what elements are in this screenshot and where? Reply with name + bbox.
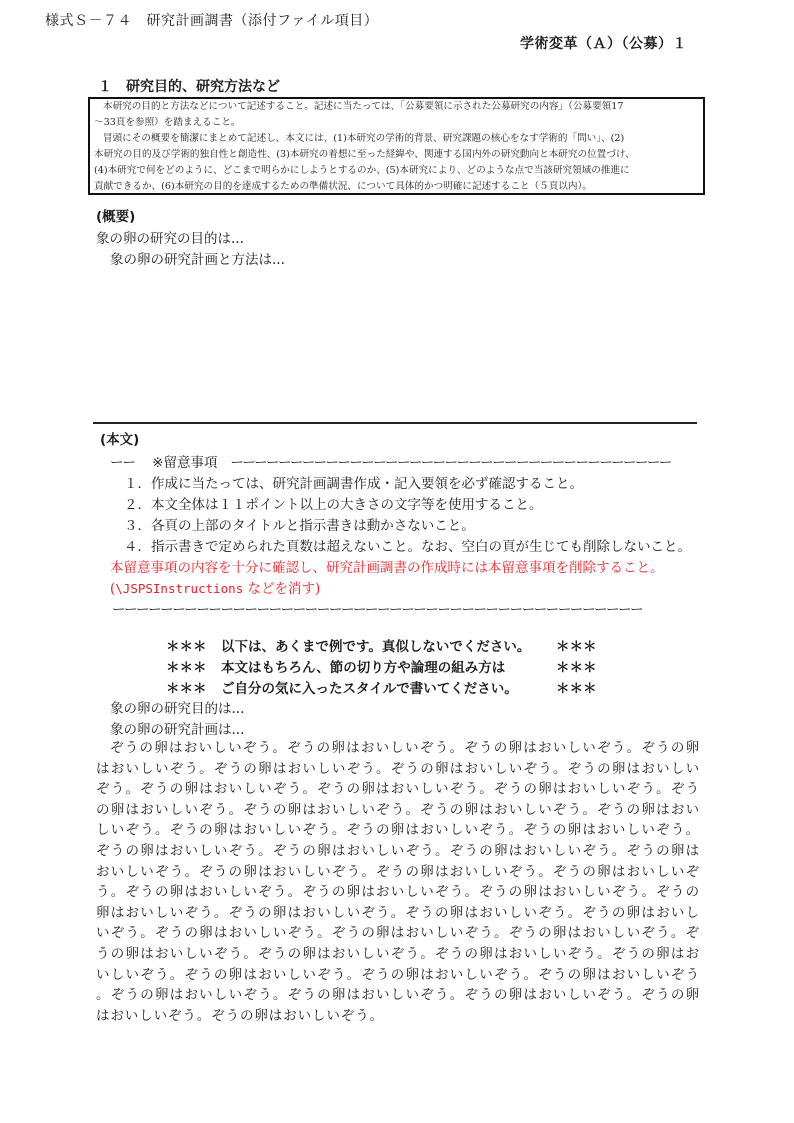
note-item: ２．本文全体は１１ポイント以上の大きさの文字等を使用すること。 <box>124 493 543 513</box>
instruction-box: 本研究の目的と方法などについて記述すること。記述に当たっては、「公募要領に示され… <box>88 97 705 195</box>
notes-closing-dashes: ーーーーーーーーーーーーーーーーーーーーーーーーーーーーーーーーーーーーーーーー… <box>112 598 642 618</box>
section-number: １ <box>98 76 126 96</box>
instruction-line: 本研究の目的及び学術的独自性と創造性、(3)本研究の着想に至った経緯や、関連する… <box>90 147 703 163</box>
note-item: １．作成に当たっては、研究計画調書作成・記入要領を必ず確認すること。 <box>124 472 583 492</box>
banner-text: ご自分の気に入ったスタイルで書いてください。 <box>221 677 518 697</box>
notes-lead-dashes: ーー <box>110 455 135 471</box>
notes-trail-dashes: ーーーーーーーーーーーーーーーーーーーーーーーーーーーーーーーーーーーーー <box>230 455 670 471</box>
instructions-macro: \JSPSInstructions <box>115 581 243 596</box>
instruction-line: 〜33頁を参照）を踏まえること。 <box>90 115 703 131</box>
form-id-header: 様式Ｓ－７４ 研究計画調書（添付ファイル項目） <box>45 10 378 30</box>
stars-right: ＊＊＊ <box>556 677 597 697</box>
hint-rest: などを消す) <box>243 581 320 597</box>
banner-text: 本文はもちろん、節の切り方や論理の組み方は <box>221 656 505 676</box>
note-item: ４．指示書きで定められた頁数は超えないこと。なお、空白の頁が生じても削除しないこ… <box>124 535 691 555</box>
notes-header: ーー ※留意事項 ーーーーーーーーーーーーーーーーーーーーーーーーーーーーーーー… <box>110 451 671 471</box>
instruction-line: 貢献できるか、(6)本研究の目的を達成するための準備状況、について具体的かつ明確… <box>90 179 703 195</box>
section-divider <box>93 422 697 424</box>
instruction-line: 冒頭にその概要を簡潔にまとめて記述し、本文には、(1)本研究の学術的背景、研究課… <box>90 131 703 147</box>
stars-right: ＊＊＊ <box>556 635 597 655</box>
sample-paragraph: ぞうの卵はおいしいぞう。ぞうの卵はおいしいぞう。ぞうの卵はおいしいぞう。ぞうの卵… <box>96 738 700 1026</box>
stars-left: ＊＊＊ <box>166 656 207 676</box>
notes-title: ※留意事項 <box>152 455 217 471</box>
section-heading: １研究目的、研究方法など <box>98 76 280 96</box>
main-text-label: (本文) <box>100 428 139 448</box>
instruction-line: 本研究の目的と方法などについて記述すること。記述に当たっては、「公募要領に示され… <box>90 99 703 115</box>
overview-line: 象の卵の研究の目的は... <box>96 227 244 247</box>
overview-line: 象の卵の研究計画と方法は... <box>110 248 285 268</box>
section-title: 研究目的、研究方法など <box>126 79 280 95</box>
overview-label: (概要) <box>96 205 135 225</box>
note-item: ３．各頁の上部のタイトルと指示書きは動かさないこと。 <box>124 514 475 534</box>
sample-line: 象の卵の研究目的は... <box>110 697 244 717</box>
stars-left: ＊＊＊ <box>166 635 207 655</box>
instruction-line: (4)本研究で何をどのように、どこまで明らかにしようとするのか、(5)本研究によ… <box>90 163 703 179</box>
red-warning-line: 本留意事項の内容を十分に確認し、研究計画調書の作成時には本留意事項を削除すること… <box>110 556 664 576</box>
banner-text: 以下は、あくまで例です。真似しないでください。 <box>221 635 530 655</box>
program-header: 学術変革（Ａ）（公募）１ <box>520 33 687 53</box>
red-warning-hint: (\JSPSInstructions などを消す) <box>110 577 320 597</box>
stars-right: ＊＊＊ <box>556 656 597 676</box>
stars-left: ＊＊＊ <box>166 677 207 697</box>
sample-line: 象の卵の研究計画は... <box>110 718 244 738</box>
